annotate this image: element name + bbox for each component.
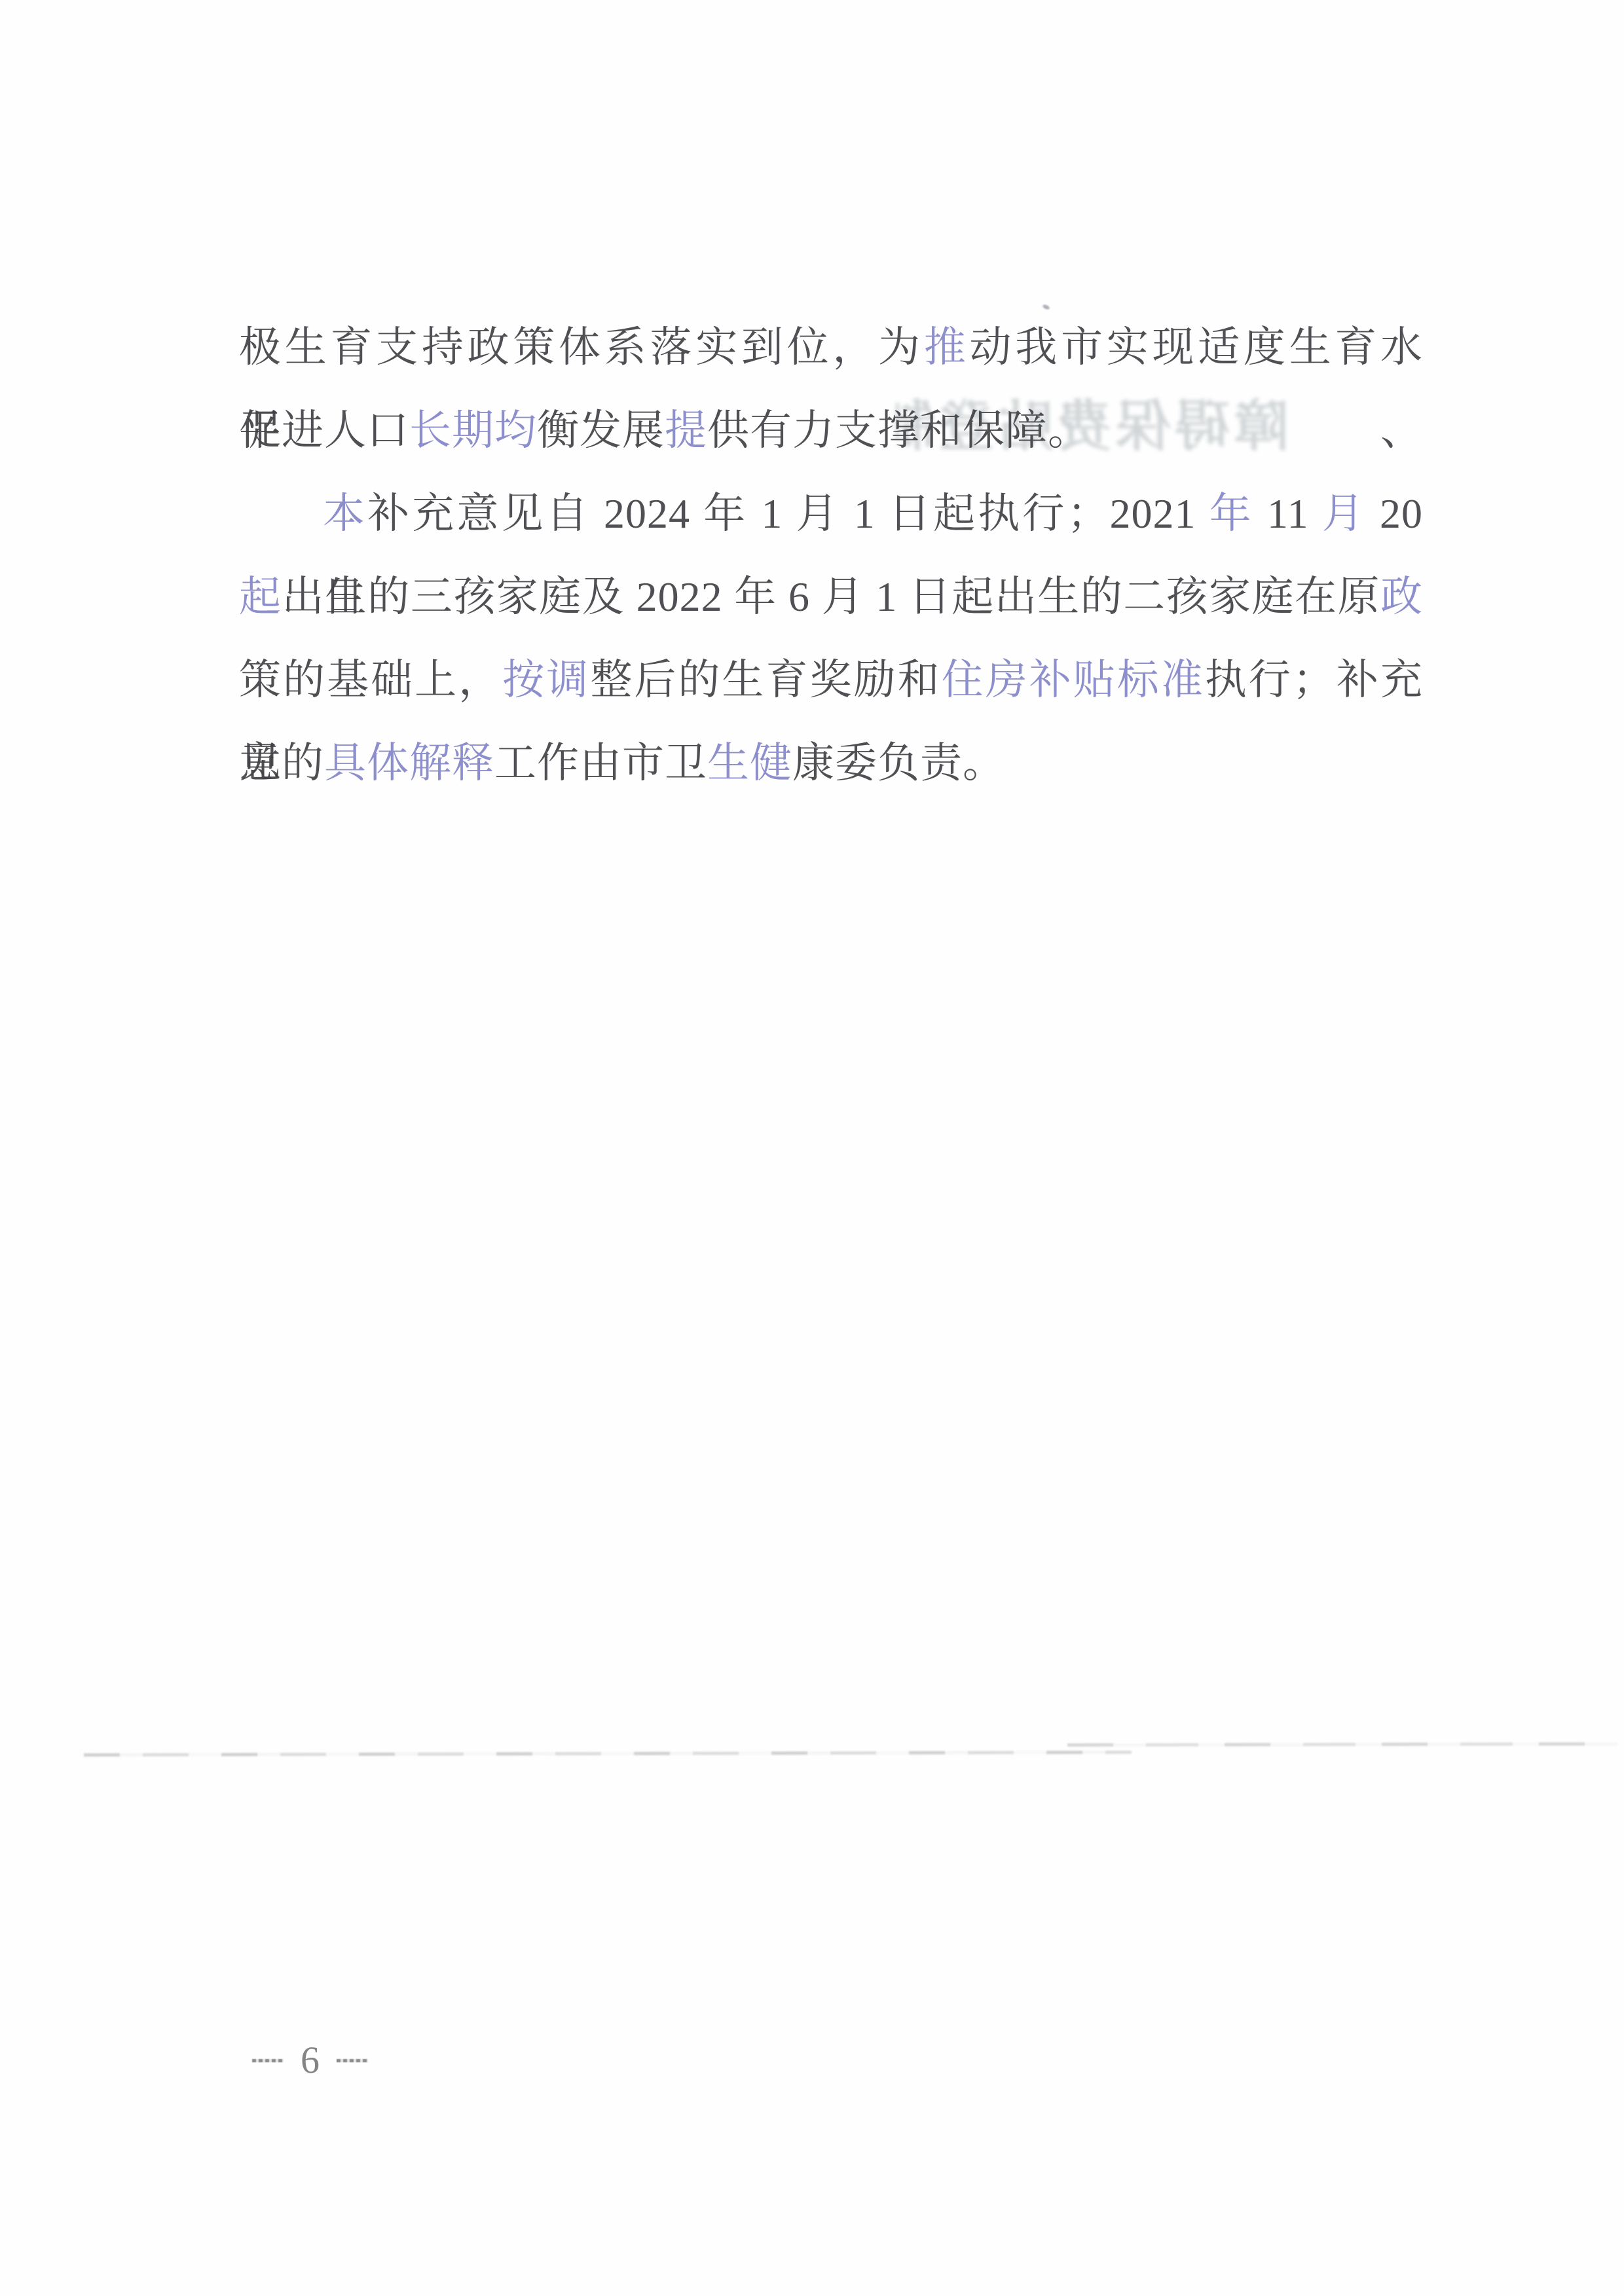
footer-left-dash (252, 2059, 284, 2062)
text-line: 策的基础上，按调整后的生育奖励和住房补贴标准执行；补充意 (239, 638, 1423, 721)
text-segment: 康委负责。 (792, 740, 1005, 786)
text-segment: 促进人口 (239, 407, 409, 454)
scan-smudge-line-right (1067, 1742, 1617, 1747)
text-segment: 见的 (239, 740, 324, 786)
scanned-document-page: 障碍保费贴登制牌 极生育支持政策体系落实到位，为推动我市实现适度生育水平、促进人… (0, 0, 1624, 2296)
page-number: 6 (284, 2041, 337, 2079)
text-segment: 衡发展 (537, 407, 665, 454)
text-segment: 极生育支持政策体系落实到位，为 (239, 324, 924, 371)
text-segment: 月 (1322, 490, 1367, 537)
text-segment: 具体解释 (324, 740, 494, 786)
text-segment: 按调 (502, 657, 590, 703)
text-segment: 供有力支撑和保障。 (707, 407, 1090, 454)
text-segment: 11 (1254, 490, 1322, 537)
text-segment: 起 (239, 574, 282, 620)
text-segment: 政 (1380, 574, 1423, 620)
text-line: 见的具体解释工作由市卫生健康委负责。 (239, 721, 1423, 805)
text-segment: 年 (1209, 490, 1254, 537)
scan-smudge-line-left (84, 1751, 1132, 1757)
document-body: 极生育支持政策体系落实到位，为推动我市实现适度生育水平、促进人口长期均衡发展提供… (239, 306, 1423, 805)
text-segment: 提 (665, 407, 707, 454)
text-segment: 出生的三孩家庭及 2022 年 6 月 1 日起出生的二孩家庭在原 (282, 574, 1380, 620)
text-segment: 生健 (707, 740, 792, 786)
text-segment: 整后的生育奖励和 (590, 657, 941, 703)
text-line: 极生育支持政策体系落实到位，为推动我市实现适度生育水平、 (239, 306, 1423, 389)
text-segment: 本 (323, 490, 367, 537)
footer-right-dash (337, 2059, 368, 2062)
text-segment: 补充意见自 2024 年 1 月 1 日起执行；2021 (367, 490, 1209, 537)
page-number-footer: 6 (252, 2041, 368, 2079)
text-line: 起出生的三孩家庭及 2022 年 6 月 1 日起出生的二孩家庭在原政 (239, 555, 1423, 638)
text-segment: 策的基础上， (239, 657, 502, 703)
text-segment: 长期均 (409, 407, 537, 454)
text-line: 本补充意见自 2024 年 1 月 1 日起执行；2021 年 11 月 20 … (239, 472, 1423, 555)
text-segment: 工作由市卫 (494, 740, 707, 786)
text-line: 促进人口长期均衡发展提供有力支撑和保障。 (239, 389, 1423, 472)
text-segment: 推 (924, 324, 970, 371)
text-segment: 住房补贴标准 (942, 657, 1205, 703)
